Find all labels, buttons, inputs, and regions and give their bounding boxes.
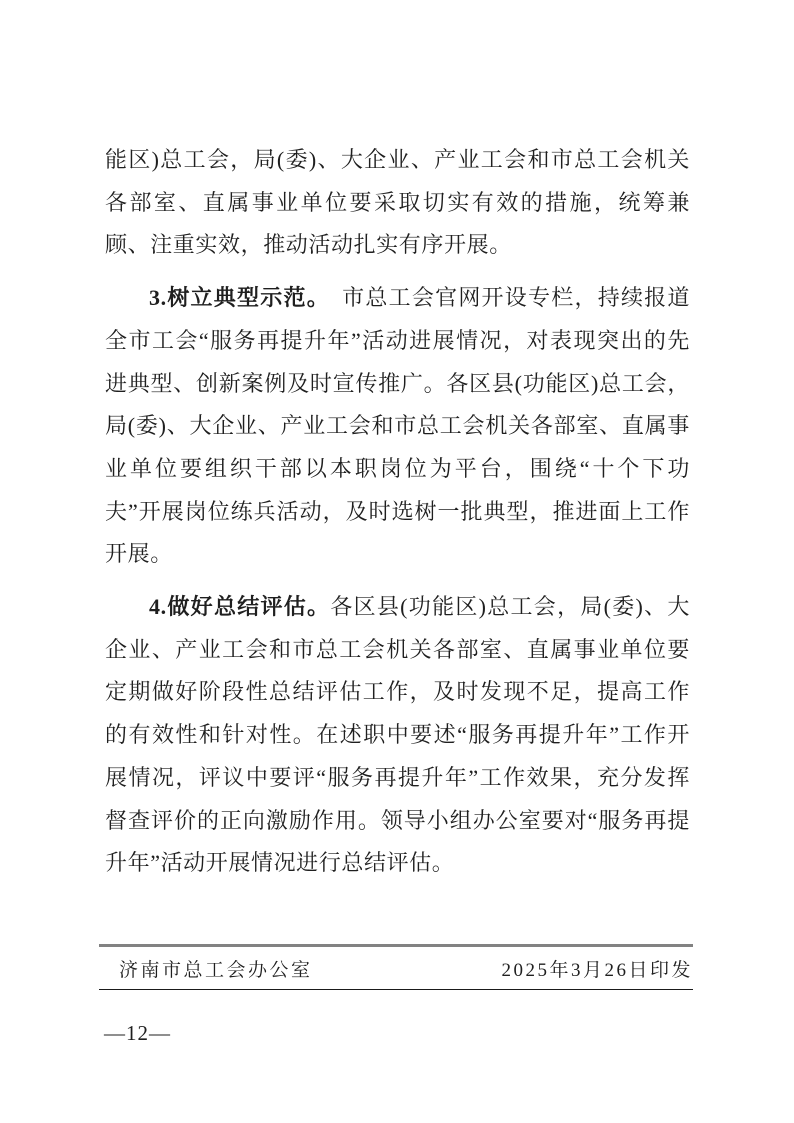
body-paragraph-continuation: 能区)总工会，局(委)、大企业、产业工会和市总工会机关各部室、直属事业单位要采取… — [105, 139, 690, 267]
paragraph-text: 市总工会官网开设专栏，持续报道全市工会“服务再提升年”活动进展情况，对表现突出的… — [105, 285, 690, 566]
document-page: 能区)总工会，局(委)、大企业、产业工会和市总工会机关各部室、直属事业单位要采取… — [0, 0, 794, 1123]
document-body: 能区)总工会，局(委)、大企业、产业工会和市总工会机关各部室、直属事业单位要采取… — [105, 139, 690, 895]
footer-issuer: 济南市总工会办公室 — [119, 955, 313, 982]
footer-colophon: 济南市总工会办公室 2025年3月26日印发 — [99, 947, 693, 989]
body-paragraph-item-3: 3.树立典型示范。 市总工会官网开设专栏，持续报道全市工会“服务再提升年”活动进… — [105, 277, 690, 576]
footer-divider-thin — [99, 989, 693, 990]
footer-print-date: 2025年3月26日印发 — [501, 955, 693, 982]
paragraph-lead: 4.做好总结评估。 — [149, 594, 330, 619]
paragraph-text: 各区县(功能区)总工会，局(委)、大企业、产业工会和市总工会机关各部室、直属事业… — [105, 594, 690, 875]
paragraph-text: 能区)总工会，局(委)、大企业、产业工会和市总工会机关各部室、直属事业单位要采取… — [105, 147, 690, 257]
page-number: —12— — [104, 1021, 171, 1046]
body-paragraph-item-4: 4.做好总结评估。各区县(功能区)总工会，局(委)、大企业、产业工会和市总工会机… — [105, 586, 690, 885]
paragraph-lead: 3.树立典型示范。 — [149, 285, 319, 310]
